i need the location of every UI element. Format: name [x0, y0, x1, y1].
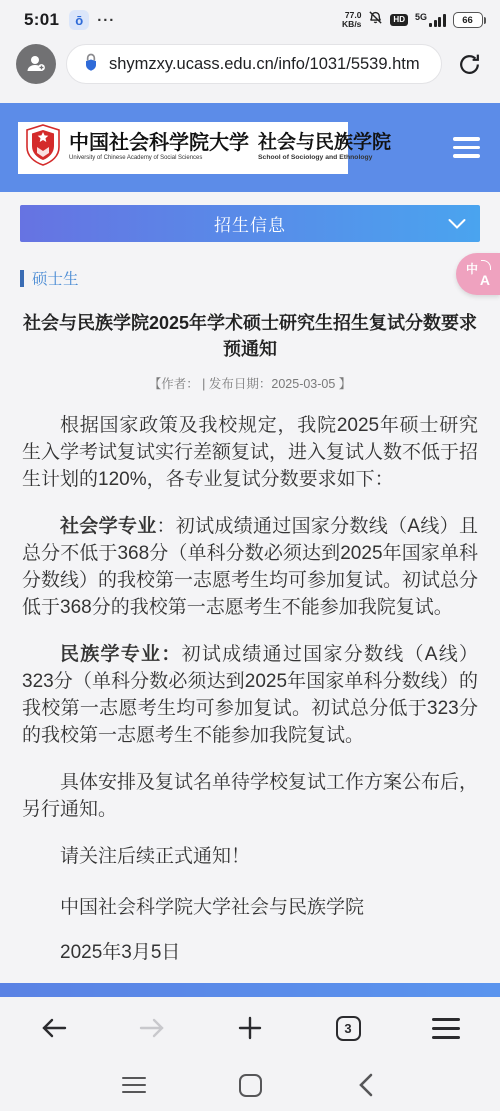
back-button[interactable] — [34, 1008, 74, 1048]
overflow-dots-icon: ··· — [97, 12, 115, 29]
article-date: 2025年3月5日 — [22, 937, 478, 964]
paragraph-ethnology: 民族学专业：初试成绩通过国家分数线（A线）323分（单科分数必须达到2025年国… — [22, 641, 478, 749]
android-back-button[interactable] — [346, 1065, 386, 1105]
school-name-cn: 社会与民族学院 — [258, 133, 391, 152]
new-tab-button[interactable] — [230, 1008, 270, 1048]
breadcrumb-marker — [20, 270, 24, 287]
chrome-page-divider — [0, 94, 500, 103]
url-text[interactable]: shymzxy.ucass.edu.cn/info/1031/5539.htm — [109, 55, 420, 74]
section-title: 招生信息 — [214, 211, 286, 236]
profile-avatar-button[interactable] — [16, 44, 56, 84]
paragraph-sociology: 社会学专业：初试成绩通过国家分数线（A线）且总分不低于368分（单科分数必须达到… — [22, 513, 478, 621]
site-logo[interactable]: 中国社会科学院大学 University of Chinese Academy … — [18, 122, 348, 174]
recents-icon — [122, 1077, 146, 1094]
translate-fab-button[interactable]: 中 A — [456, 253, 500, 295]
browser-menu-button[interactable] — [426, 1008, 466, 1048]
battery-icon: 66 — [453, 12, 487, 28]
article: 社会与民族学院2025年学术硕士研究生招生复试分数要求预通知 【作者： | 发布… — [0, 310, 500, 964]
phone-screen: 5:01 ō ··· 77.0 KB/s HD 5G 66 — [0, 0, 500, 1111]
android-nav-bar — [0, 1059, 500, 1111]
article-title: 社会与民族学院2025年学术硕士研究生招生复试分数要求预通知 — [22, 310, 478, 362]
network-speed: 77.0 KB/s — [342, 11, 361, 29]
browser-toolbar: 3 — [0, 997, 500, 1059]
article-meta: 【作者： | 发布日期：2025-03-05 】 — [22, 374, 478, 392]
paragraph-intro: 根据国家政策及我校规定，我院2025年硕士研究生入学考试复试实行差额复试，进入复… — [22, 412, 478, 493]
signal-5g-icon: 5G — [415, 13, 446, 27]
site-security-shield-icon[interactable] — [81, 52, 101, 77]
university-name-cn: 中国社会科学院大学 — [69, 133, 249, 153]
school-name-en: School of Sociology and Ethnology — [258, 155, 391, 162]
university-name-en: University of Chinese Academy of Social … — [69, 156, 240, 162]
browser-address-row: shymzxy.ucass.edu.cn/info/1031/5539.htm — [0, 40, 500, 94]
home-button[interactable] — [230, 1065, 270, 1105]
hd-badge-icon: HD — [390, 14, 408, 26]
tab-switcher-button[interactable]: 3 — [328, 1008, 368, 1048]
site-header: 中国社会科学院大学 University of Chinese Academy … — [0, 103, 500, 192]
article-signature: 中国社会科学院大学社会与民族学院 — [22, 892, 478, 919]
paragraph-followup: 请关注后续正式通知！ — [22, 843, 478, 870]
page-footer-strip — [0, 983, 500, 997]
back-chevron-icon — [359, 1073, 373, 1097]
address-bar[interactable]: shymzxy.ucass.edu.cn/info/1031/5539.htm — [66, 44, 442, 84]
reload-button[interactable] — [452, 47, 486, 81]
chevron-down-icon — [448, 218, 466, 229]
tab-count[interactable]: 3 — [336, 1016, 361, 1041]
clock: 5:01 — [24, 10, 59, 30]
forward-button[interactable] — [132, 1008, 172, 1048]
app-notification-icon: ō — [69, 10, 89, 30]
breadcrumb[interactable]: 硕士生 — [20, 268, 500, 288]
breadcrumb-label[interactable]: 硕士生 — [32, 267, 79, 289]
home-icon — [239, 1074, 262, 1097]
recents-button[interactable] — [114, 1065, 154, 1105]
mute-bell-icon — [368, 10, 383, 30]
paragraph-arrangement: 具体安排及复试名单待学校复试工作方案公布后，另行通知。 — [22, 769, 478, 823]
translate-icon: 中 A — [466, 262, 490, 286]
section-dropdown-banner[interactable]: 招生信息 — [20, 205, 480, 242]
site-hamburger-menu-icon[interactable] — [449, 133, 484, 162]
university-shield-icon — [24, 123, 62, 172]
menu-icon — [432, 1018, 460, 1039]
status-bar: 5:01 ō ··· 77.0 KB/s HD 5G 66 — [0, 0, 500, 40]
web-page-content: 招生信息 硕士生 中 A 社会与民族学院2025年学术硕士研究生招生复试分数要求… — [0, 192, 500, 997]
